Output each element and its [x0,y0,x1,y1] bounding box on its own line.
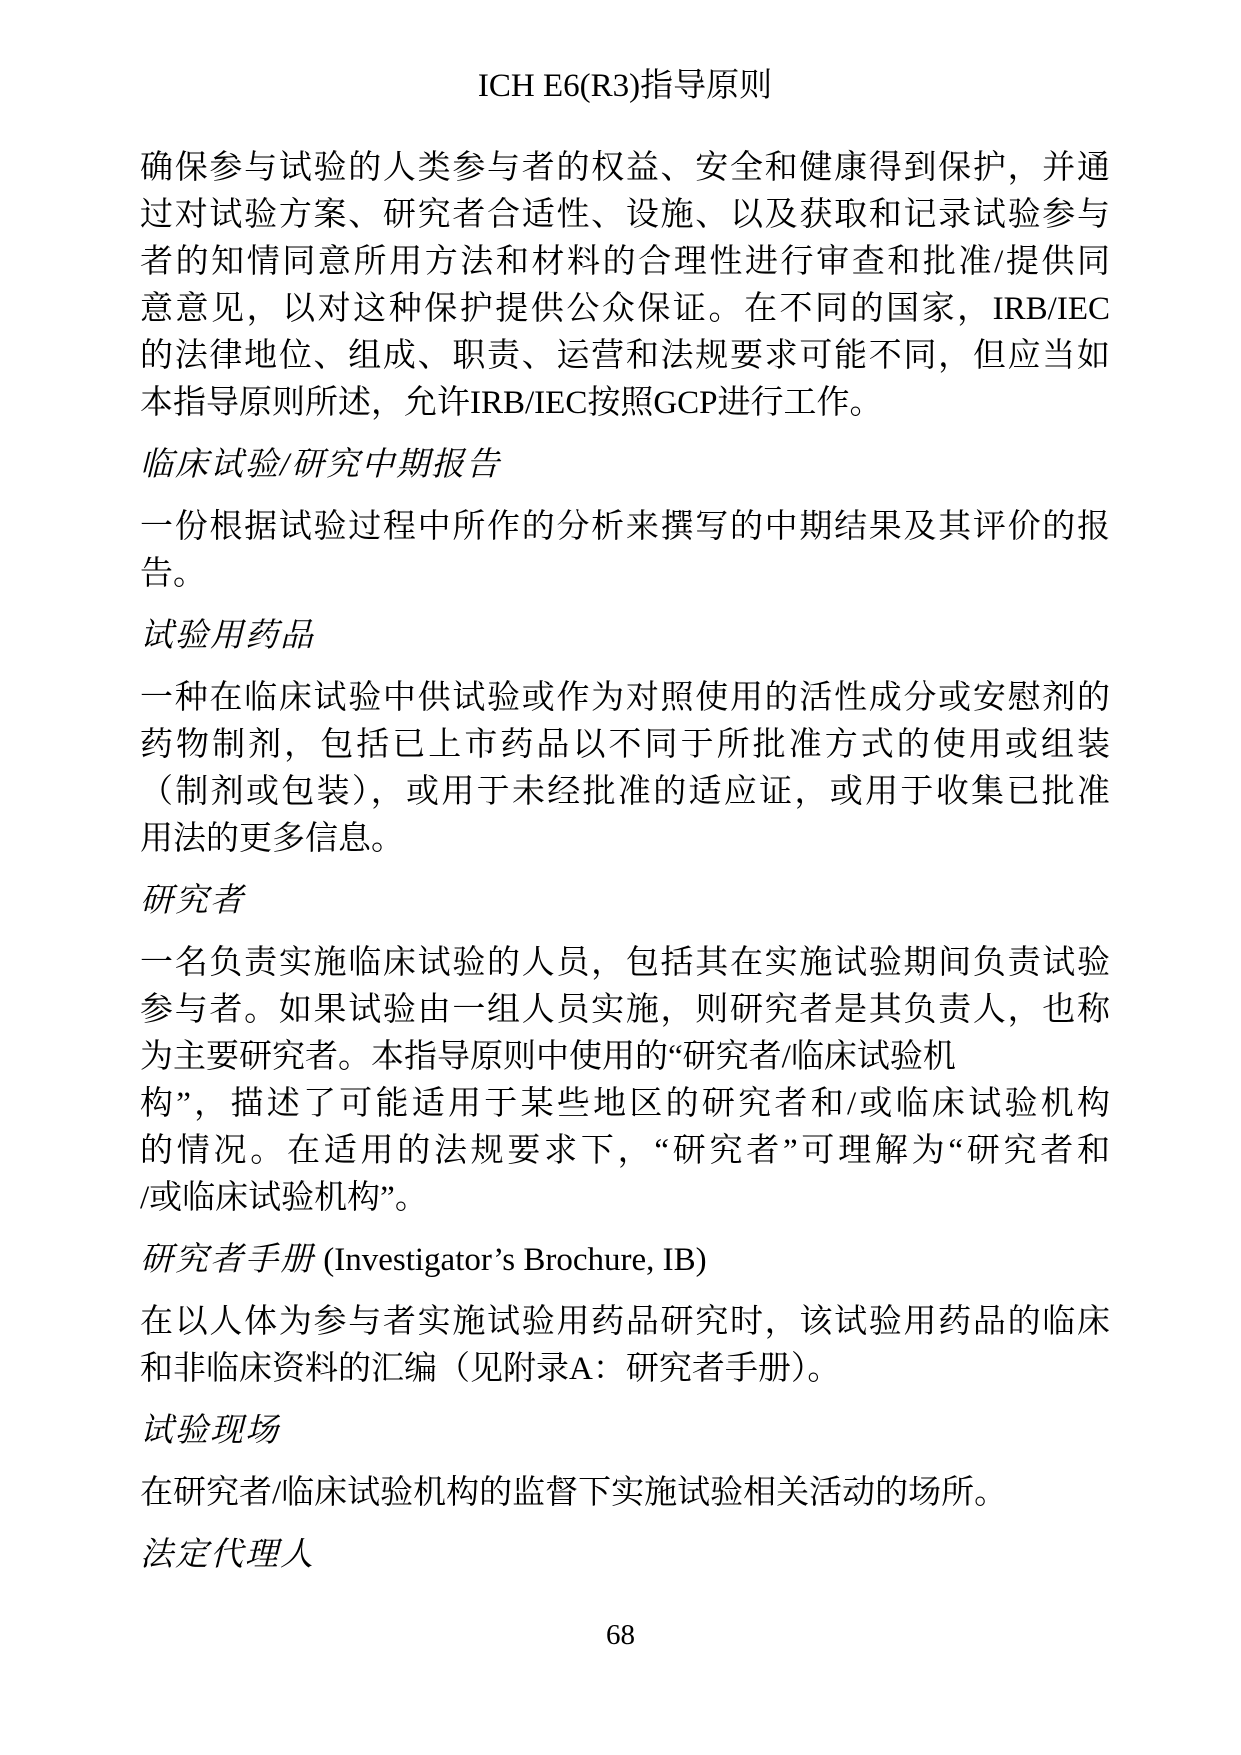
text-line: 过对试验方案、研究者合适性、设施、以及获取和记录试验参与 [140,192,1110,239]
text-line: 在以人体为参与者实施试验用药品研究时，该试验用药品的临床 [140,1299,1110,1346]
text-line: 意意见，以对这种保护提供公众保证。在不同的国家，IRB/IEC [140,286,1110,333]
text-line: 确保参与试验的人类参与者的权益、安全和健康得到保护，并通 [140,145,1110,192]
page-number: 68 [0,1618,1241,1652]
definition-investigational-product: 一种在临床试验中供试验或作为对照使用的活性成分或安慰剂的药物制剂，包括已上市药品… [140,675,1110,863]
document-page: ICH E6(R3)指导原则 确保参与试验的人类参与者的权益、安全和健康得到保护… [0,0,1241,1755]
definition-investigator: 一名负责实施临床试验的人员，包括其在实施试验期间负责试验参与者。如果试验由一组人… [140,940,1110,1222]
term-investigators-brochure-en: (Investigator’s Brochure, IB) [315,1242,707,1278]
term-investigator-zh: 研究者 [140,883,245,919]
definition-trial-site: 在研究者/临床试验机构的监督下实施试验相关活动的场所。 [140,1470,1110,1517]
text-line: 者的知情同意所用方法和材料的合理性进行审查和批准/提供同 [140,239,1110,286]
text-line: 在研究者/临床试验机构的监督下实施试验相关活动的场所。 [140,1470,1110,1517]
text-line: 一种在临床试验中供试验或作为对照使用的活性成分或安慰剂的 [140,675,1110,722]
definition-investigators-brochure: 在以人体为参与者实施试验用药品研究时，该试验用药品的临床和非临床资料的汇编（见附… [140,1299,1110,1393]
term-investigational-product-zh: 试验用药品 [140,618,315,654]
text-line: （制剂或包装），或用于未经批准的适应证，或用于收集已批准 [140,769,1110,816]
definition-irb-iec-continuation: 确保参与试验的人类参与者的权益、安全和健康得到保护，并通过对试验方案、研究者合适… [140,145,1110,427]
definition-interim-report: 一份根据试验过程中所作的分析来撰写的中期结果及其评价的报告。 [140,504,1110,598]
text-line: 和非临床资料的汇编（见附录A：研究者手册）。 [140,1346,1110,1393]
term-trial-site-zh: 试验现场 [140,1413,280,1449]
text-line: 药物制剂，包括已上市药品以不同于所批准方式的使用或组装 [140,722,1110,769]
text-line: 告。 [140,551,1110,598]
text-line: 参与者。如果试验由一组人员实施，则研究者是其负责人，也称 [140,987,1110,1034]
term-investigators-brochure-zh: 研究者手册 [140,1242,315,1278]
term-trial-site: 试验现场 [140,1408,1110,1455]
document-header-title: ICH E6(R3)指导原则 [140,63,1110,110]
term-legal-representative: 法定代理人 [140,1532,1110,1579]
term-investigators-brochure: 研究者手册 (Investigator’s Brochure, IB) [140,1237,1110,1284]
text-line: /或临床试验机构”。 [140,1175,1110,1222]
text-line: 一名负责实施临床试验的人员，包括其在实施试验期间负责试验 [140,940,1110,987]
text-line: 的情况。在适用的法规要求下，“研究者”可理解为“研究者和 [140,1128,1110,1175]
text-line: 本指导原则所述，允许IRB/IEC按照GCP进行工作。 [140,380,1110,427]
term-interim-report: 临床试验/研究中期报告 [140,442,1110,489]
term-investigational-product: 试验用药品 [140,613,1110,660]
term-interim-report-zh: 临床试验/研究中期报告 [140,447,501,483]
text-line: 一份根据试验过程中所作的分析来撰写的中期结果及其评价的报 [140,504,1110,551]
text-line: 的法律地位、组成、职责、运营和法规要求可能不同，但应当如 [140,333,1110,380]
text-line: 为主要研究者。本指导原则中使用的“研究者/临床试验机 [140,1034,1110,1081]
text-line: 构”，描述了可能适用于某些地区的研究者和/或临床试验机构 [140,1081,1110,1128]
term-legal-representative-zh: 法定代理人 [140,1537,315,1573]
term-investigator: 研究者 [140,878,1110,925]
text-line: 用法的更多信息。 [140,816,1110,863]
